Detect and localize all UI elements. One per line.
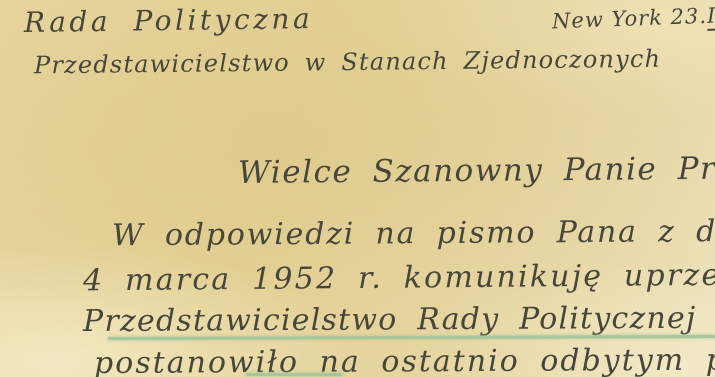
green-underline-mark-partial [246, 373, 342, 376]
body-line-2: 4 marca 1952 r. komunikuję uprzejmie, iż [83, 257, 715, 299]
body-line-4: postanowiło na ostatnio odbytym posiedze [94, 342, 715, 377]
sender-org-line2: Przedstawicielstwo w Stanach Zjednoczony… [34, 45, 661, 80]
body-line-3: Przedstawicielstwo Rady Politycznej w St… [83, 300, 715, 339]
dateline-month-roman: III. [707, 3, 715, 31]
sender-org-line1: Rada Polityczna [24, 2, 314, 39]
letter-page: Rada Polityczna Przedstawicielstwo w Sta… [0, 0, 715, 377]
body-line-1: W odpowiedzi na pismo Pana z dnia [112, 214, 715, 254]
dateline-place-day: New York 23. [552, 4, 708, 33]
dateline: New York 23.III. [552, 3, 715, 34]
salutation: Wielce Szanowny Panie Przewodniczą [238, 149, 715, 191]
